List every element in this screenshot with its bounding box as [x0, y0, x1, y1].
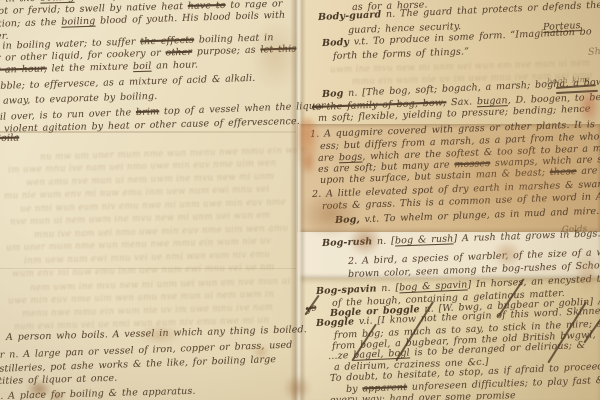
- manuscript-text-segment: have to: [188, 0, 226, 12]
- manuscript-text-segment: n. [: [376, 282, 399, 294]
- manuscript-text-segment: boiling: [61, 16, 96, 28]
- manuscript-text-segment: Sh: [587, 46, 600, 58]
- manuscript-text-segment: Sax.: [446, 96, 477, 108]
- manuscript-text-segment: Body: [322, 37, 350, 49]
- manuscript-line: ntities of liquor at once.: [0, 374, 117, 387]
- manuscript-line: il away, to evaporate by boiling.: [0, 92, 158, 107]
- handwriting-layer: as in the boiling … … of the fervor of y…: [0, 0, 600, 400]
- manuscript-text-segment: Bog,: [335, 214, 360, 226]
- manuscript-text-segment: …ze: [328, 350, 354, 362]
- manuscript-text-segment: n. A place for boiling & the apparatus.: [0, 386, 196, 400]
- manuscript-text-segment: are: [318, 152, 339, 164]
- manuscript-text-segment: bugan: [477, 95, 508, 107]
- manuscript-text-segment: Body-guard: [318, 9, 382, 23]
- manuscript-line: n. A place for boiling & the apparatus.: [0, 387, 196, 400]
- manuscript-line: forth the forms of things.”: [333, 47, 469, 61]
- manuscript-text-segment: top of a vessel when the liquor: [159, 100, 326, 117]
- manuscript-line: Bog-rush n. [bog & rush] A rush that gro…: [322, 229, 600, 248]
- manuscript-text-segment: bog & spavin: [399, 279, 468, 293]
- manuscript-text-segment: an hour.: [151, 59, 198, 71]
- manuscript-text-segment: Bog: [322, 88, 344, 100]
- manuscript-text-segment: tation; as the: [0, 17, 61, 30]
- manuscript-text-segment: for an hour,: [0, 63, 47, 76]
- manuscript-text-segment: purpose; as: [192, 45, 261, 58]
- manuscript-text-segment: let this: [260, 43, 296, 55]
- manuscript-text-segment: the effects: [140, 35, 194, 48]
- manuscript-text-segment: brim: [136, 106, 160, 118]
- manuscript-text-segment: ntities of liquor at once.: [0, 373, 117, 387]
- manuscript-text-segment: boil: [133, 61, 152, 72]
- manuscript-text-segment: bog & rush: [395, 233, 454, 246]
- manuscript-text-segment: il away, to evaporate by boiling.: [0, 91, 158, 107]
- manuscript-text-segment: are often call: [576, 163, 600, 177]
- manuscript-text-segment: n. [: [372, 235, 395, 247]
- manuscript-text-segment: forth the forms of things.”: [333, 46, 470, 62]
- manuscript-text-segment: Bog-spavin: [316, 283, 377, 297]
- manuscript-text-segment: let the mixture: [47, 61, 133, 74]
- manuscript-photo: nu mw um uner mum nme wun menu nwe mmu e…: [0, 0, 600, 400]
- manuscript-text-segment: these: [550, 166, 577, 178]
- manuscript-text-segment: bogs: [339, 151, 363, 163]
- manuscript-text-segment: Boggle: [316, 316, 355, 329]
- manuscript-text-segment: ] A rush that grows in bogs.: [453, 228, 600, 244]
- manuscript-line: Sh: [588, 47, 600, 58]
- manuscript-text-segment: ubble; to effervesce, as a mixture of ac…: [0, 73, 256, 92]
- manuscript-line: Boila: [0, 134, 19, 144]
- manuscript-text-segment: other: [165, 47, 192, 59]
- manuscript-text-segment: Boila: [0, 133, 19, 144]
- manuscript-line: ubble; to effervesce, as a mixture of ac…: [0, 74, 256, 92]
- manuscript-text-segment: Bog-rush: [322, 236, 373, 249]
